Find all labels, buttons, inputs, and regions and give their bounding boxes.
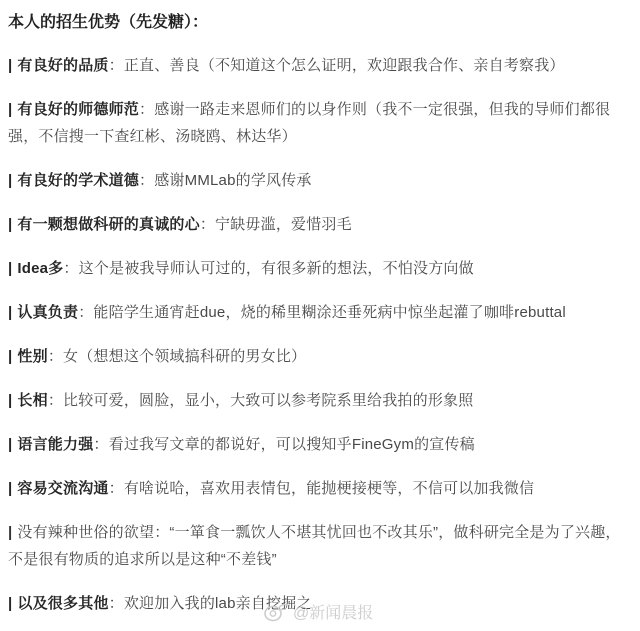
item-label: 有良好的品质 (17, 57, 108, 74)
list-item: |有良好的师德师范：感谢一路走来恩师们的以身作则（我不一定很强，但我的导师们都很… (8, 96, 630, 150)
list-item: |有良好的学术道德：感谢MMLab的学风传承 (8, 167, 630, 194)
item-colon: ： (109, 57, 124, 74)
item-header: |以及很多其他 (8, 595, 109, 612)
item-header: |有良好的品质 (8, 57, 109, 74)
list-item: |有良好的品质：正直、善良（不知道这个怎么证明，欢迎跟我合作、亲自考察我） (8, 52, 630, 79)
item-colon: ： (63, 260, 78, 277)
list-item: |性别：女（想想这个领域搞科研的男女比） (8, 343, 630, 370)
item-text: 女（想想这个领域搞科研的男女比） (63, 348, 306, 365)
item-marker: | (8, 260, 12, 277)
item-header: |性别 (8, 348, 48, 365)
item-header: |语言能力强 (8, 436, 93, 453)
list-item: |认真负责：能陪学生通宵赶due，烧的稀里糊涂还垂死病中惊坐起灌了咖啡rebut… (8, 299, 630, 326)
item-header: |有一颗想做科研的真诚的心 (8, 216, 200, 233)
item-marker: | (8, 524, 12, 541)
item-header: |Idea多 (8, 260, 63, 277)
item-label: 有一颗想做科研的真诚的心 (17, 216, 199, 233)
item-marker: | (8, 392, 12, 409)
item-label: 容易交流沟通 (17, 480, 108, 497)
item-marker: | (8, 57, 12, 74)
item-label: 长相 (17, 392, 47, 409)
item-colon: ： (154, 524, 169, 541)
item-colon: ： (109, 595, 124, 612)
weibo-logo-icon (263, 601, 288, 622)
item-colon: ： (139, 101, 154, 118)
item-marker: | (8, 480, 12, 497)
list-item: |容易交流沟通：有啥说哈，喜欢用表情包，能抛梗接梗等，不信可以加我微信 (8, 475, 630, 502)
list-item: |有一颗想做科研的真诚的心：宁缺毋滥，爱惜羽毛 (8, 211, 630, 238)
item-header: |没有辣种世俗的欲望 (8, 524, 154, 541)
item-header: |认真负责 (8, 304, 78, 321)
item-marker: | (8, 436, 12, 453)
item-marker: | (8, 216, 12, 233)
item-text: 宁缺毋滥，爱惜羽毛 (215, 216, 352, 233)
item-marker: | (8, 595, 12, 612)
item-text: 能陪学生通宵赶due，烧的稀里糊涂还垂死病中惊坐起灌了咖啡rebuttal (93, 304, 565, 321)
item-text: 感谢MMLab的学风传承 (154, 172, 311, 189)
item-text: 比较可爱，圆脸，显小，大致可以参考院系里给我拍的形象照 (63, 392, 473, 409)
item-colon: ： (48, 392, 63, 409)
item-text: 看过我写文章的都说好，可以搜知乎FineGym的宣传稿 (109, 436, 475, 453)
item-header: |长相 (8, 392, 48, 409)
item-label: 性别 (17, 348, 47, 365)
item-text: 有啥说哈，喜欢用表情包，能抛梗接梗等，不信可以加我微信 (124, 480, 534, 497)
item-label: 认真负责 (17, 304, 78, 321)
item-marker: | (8, 348, 12, 365)
item-header: |容易交流沟通 (8, 480, 109, 497)
item-marker: | (8, 101, 12, 118)
item-marker: | (8, 172, 12, 189)
post-body: 本人的招生优势（先发糖）： |有良好的品质：正直、善良（不知道这个怎么证明，欢迎… (0, 0, 640, 617)
item-text: 这个是被我导师认可过的，有很多新的想法，不怕没方向做 (79, 260, 474, 277)
item-label: 有良好的师德师范 (17, 101, 139, 118)
item-header: |有良好的师德师范 (8, 101, 139, 118)
watermark-handle: @新闻晨报 (293, 600, 373, 623)
item-colon: ： (93, 436, 108, 453)
item-label: 没有辣种世俗的欲望 (17, 524, 154, 541)
item-colon: ： (200, 216, 215, 233)
item-colon: ： (78, 304, 93, 321)
item-header: |有良好的学术道德 (8, 172, 139, 189)
item-label: 有良好的学术道德 (17, 172, 139, 189)
item-marker: | (8, 304, 12, 321)
item-text: 正直、善良（不知道这个怎么证明，欢迎跟我合作、亲自考察我） (124, 57, 565, 74)
item-label: Idea多 (17, 260, 63, 277)
item-colon: ： (139, 172, 154, 189)
post-title: 本人的招生优势（先发糖）： (8, 9, 630, 36)
list-item: |没有辣种世俗的欲望：“一箪食一瓢饮人不堪其忧回也不改其乐”，做科研完全是为了兴… (8, 519, 630, 573)
item-colon: ： (109, 480, 124, 497)
item-label: 以及很多其他 (17, 595, 108, 612)
list-item: |语言能力强：看过我写文章的都说好，可以搜知乎FineGym的宣传稿 (8, 431, 630, 458)
list-item: |长相：比较可爱，圆脸，显小，大致可以参考院系里给我拍的形象照 (8, 387, 630, 414)
list-item: |Idea多：这个是被我导师认可过的，有很多新的想法，不怕没方向做 (8, 255, 630, 282)
item-label: 语言能力强 (17, 436, 93, 453)
item-colon: ： (48, 348, 63, 365)
weibo-watermark: @新闻晨报 (263, 600, 373, 623)
